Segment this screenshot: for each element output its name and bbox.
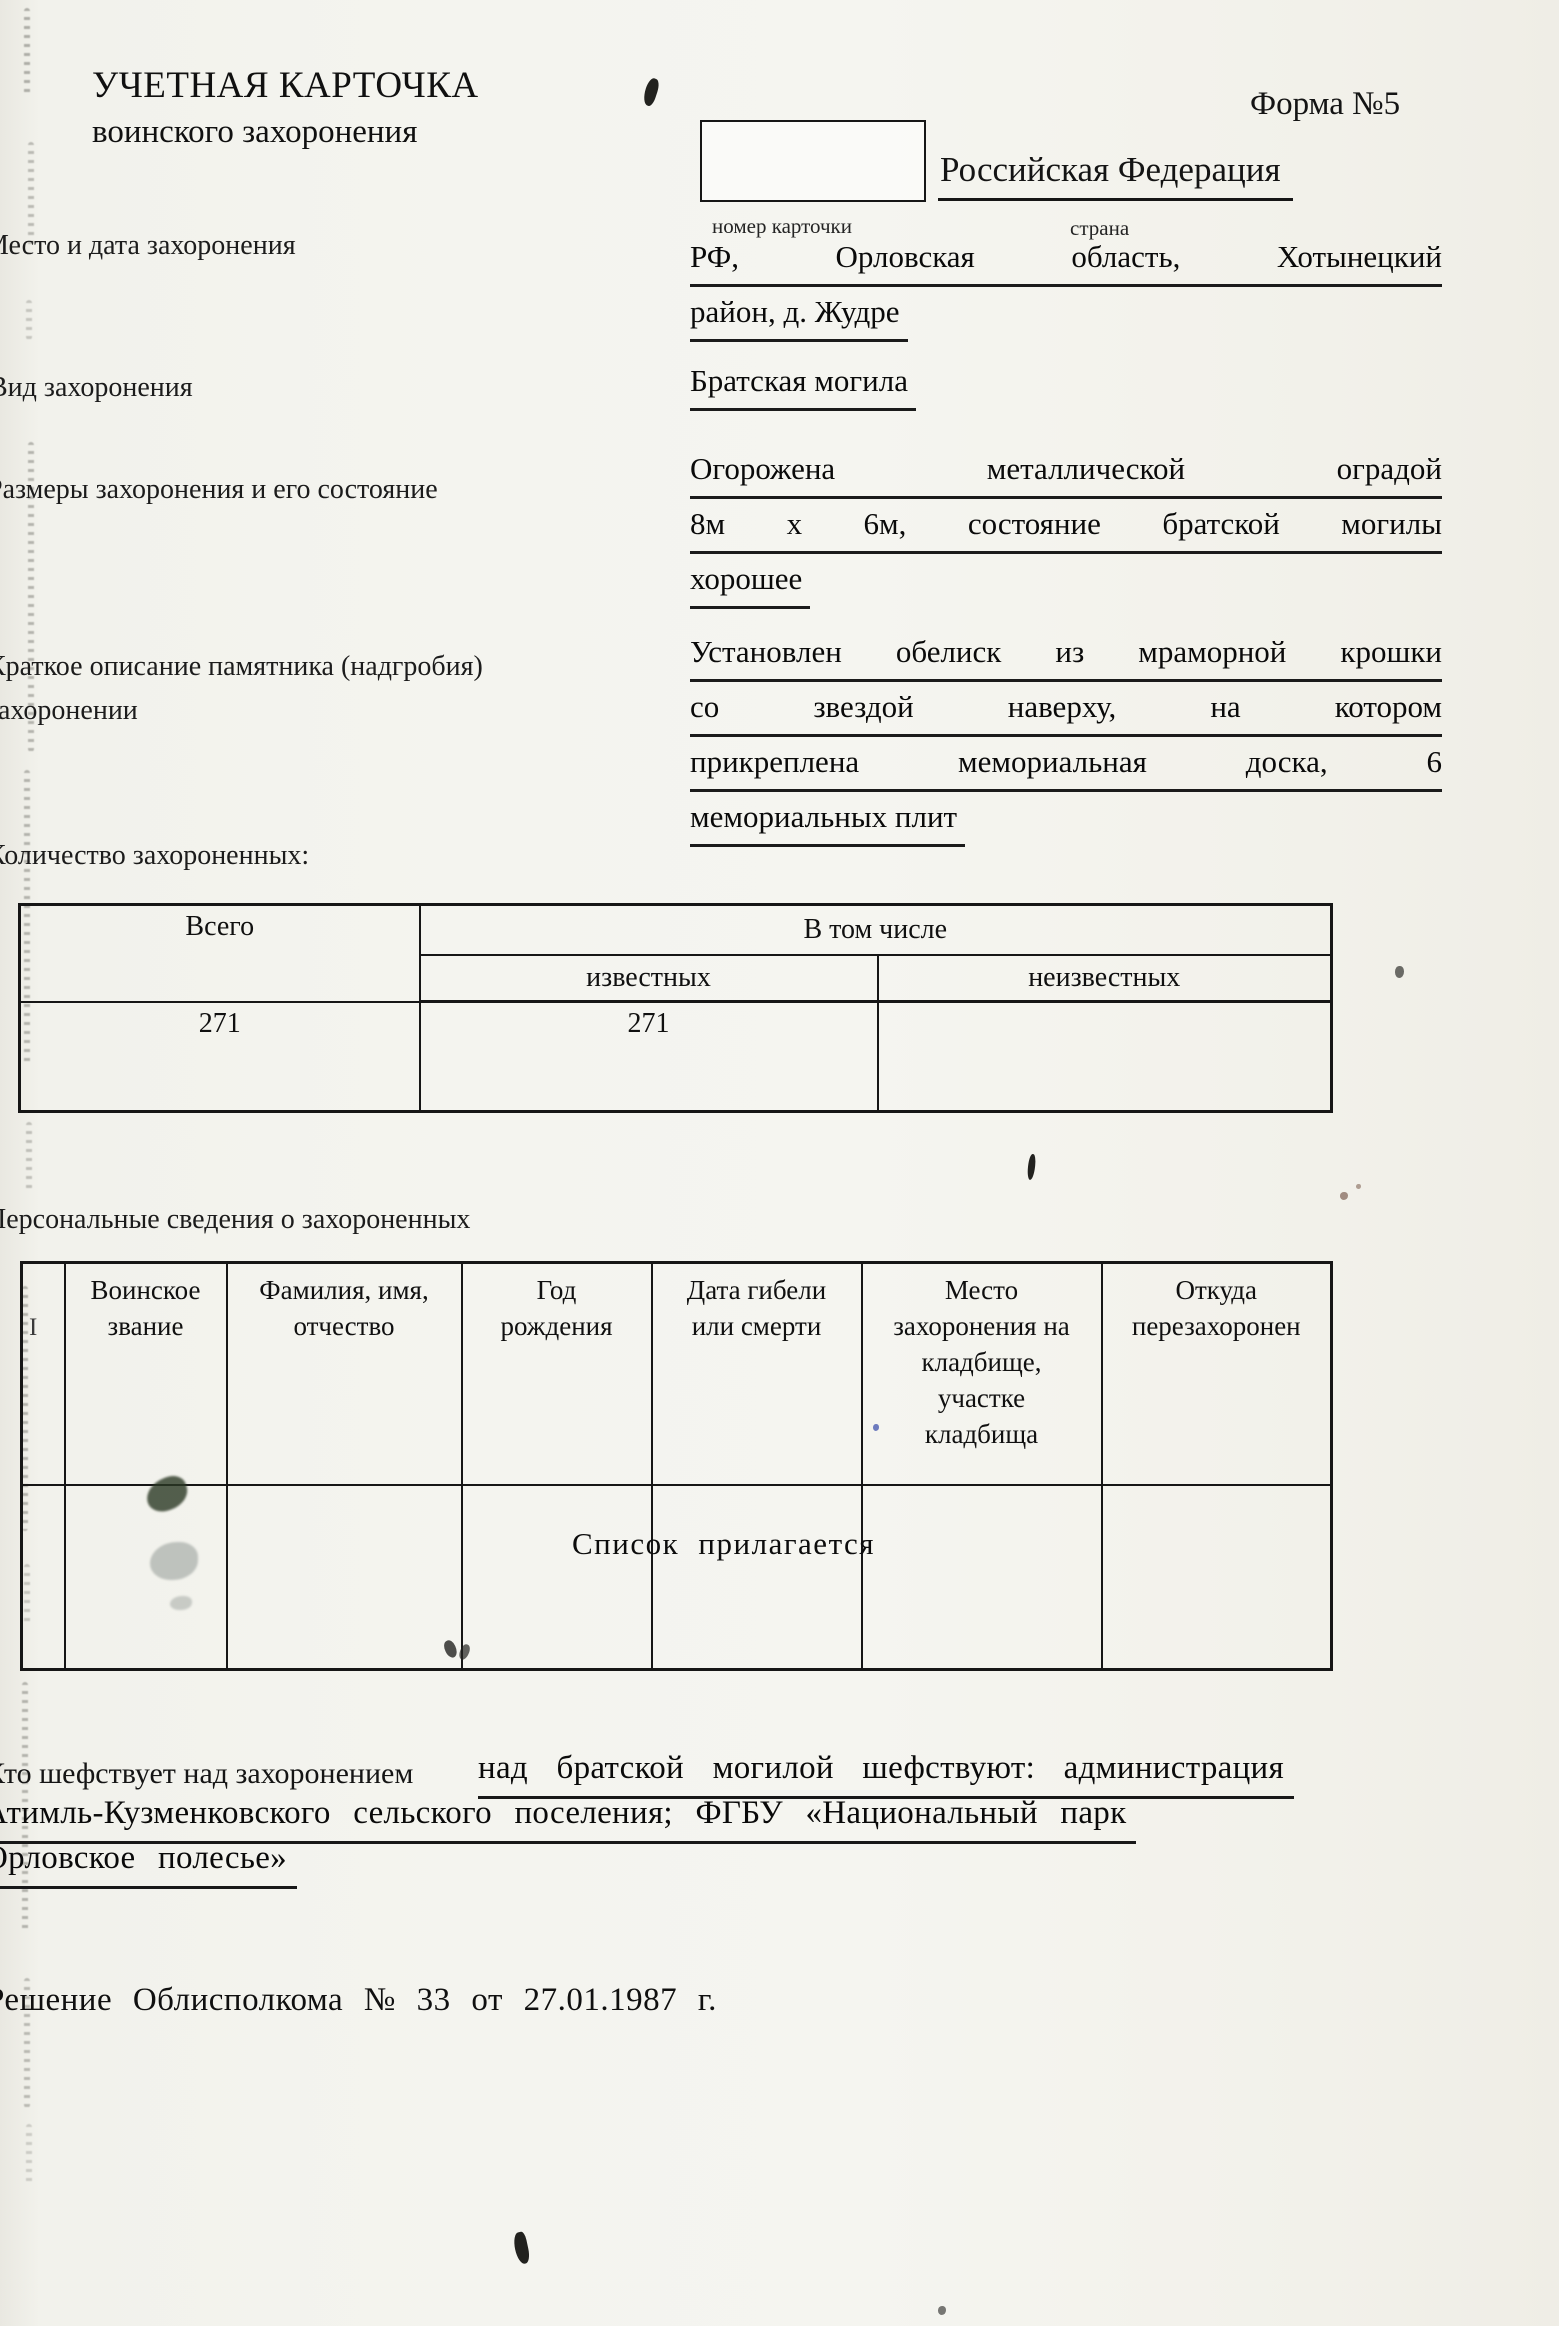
value-line: прикреплена мемориальная доска, 6 [690, 743, 1442, 792]
value-line: Огорожена металлической оградой [690, 450, 1442, 499]
field-label-size-condition: Размеры захоронения и его состояние [0, 468, 627, 512]
empty-cell [227, 1485, 462, 1670]
total-column-header: Всего [20, 905, 420, 1002]
decision-line: Решение Облисполкома № 33 от 27.01.1987 … [0, 1982, 717, 2019]
personal-info-table: I Воинское звание Фамилия, имя, отчество… [20, 1261, 1333, 1671]
empty-cell [462, 1485, 652, 1670]
card-number-box [700, 120, 926, 202]
scan-edge-artifact [24, 8, 30, 96]
including-column-header: В том числе [420, 905, 1332, 956]
section-label-burial-count: Количество захороненных: [0, 840, 309, 872]
ink-speck [1395, 966, 1404, 978]
value-line: Братская могила [690, 362, 1442, 411]
field-label-place-date: Место и дата захоронения [0, 224, 296, 268]
value-line: мемориальных плит [690, 798, 1442, 847]
empty-cell [862, 1485, 1102, 1670]
scan-edge-artifact [26, 2124, 32, 2184]
total-count-cell: 271 [20, 1002, 420, 1112]
value-line: район, д. Жудре [690, 293, 1442, 342]
list-attached-note: Список прилагается [572, 1526, 875, 1562]
value-line: хорошее [690, 560, 1442, 609]
rank-column-header: Воинское звание [65, 1263, 227, 1486]
ink-speck [641, 77, 661, 107]
empty-cell [1102, 1485, 1332, 1670]
field-value-monument-description: Установлен обелиск из мраморной крошки с… [690, 633, 1442, 847]
unknown-column-header: неизвестных [878, 955, 1332, 1002]
name-column-header: Фамилия, имя, отчество [227, 1263, 462, 1486]
document-subtitle: воинского захоронения [92, 114, 417, 151]
patronage-value-line: над братской могилой шефствуют: админист… [478, 1750, 1294, 1799]
field-value-size-condition: Огорожена металлической оградой 8м х 6м,… [690, 450, 1442, 609]
scan-edge-artifact [26, 300, 32, 340]
field-label-monument-description: Краткое описание памятника (надгробия) з… [0, 645, 607, 733]
scan-edge-artifact [26, 1122, 32, 1192]
empty-cell [652, 1485, 862, 1670]
value-line: со звездой наверху, на котором [690, 688, 1442, 737]
death-date-column-header: Дата гибели или смерти [652, 1263, 862, 1486]
index-column-header: I [22, 1263, 65, 1486]
value-line: Установлен обелиск из мраморной крошки [690, 633, 1442, 682]
ink-speck [938, 2306, 946, 2315]
section-label-personal-info: Персональные сведения о захороненных [0, 1204, 470, 1236]
value-line: 8м х 6м, состояние братской могилы [690, 505, 1442, 554]
burial-registration-card-scan: УЧЕТНАЯ КАРТОЧКА воинского захоронения Ф… [0, 0, 1559, 2326]
birth-year-column-header: Год рождения [462, 1263, 652, 1486]
reburied-from-column-header: Откуда перезахоронен [1102, 1263, 1332, 1486]
field-label-burial-type: Вид захоронения [0, 366, 193, 410]
ink-speck [1027, 1154, 1037, 1181]
burial-count-table: Всего В том числе известных неизвестных … [18, 903, 1333, 1113]
ink-speck [1340, 1192, 1348, 1200]
card-number-caption: номер карточки [712, 214, 852, 239]
field-value-place-date: РФ, Орловская область, Хотынецкий район,… [690, 238, 1442, 342]
known-count-cell: 271 [420, 1002, 878, 1112]
country-value: Российская Федерация [938, 150, 1293, 201]
empty-cell [65, 1485, 227, 1670]
value-line: РФ, Орловская область, Хотынецкий [690, 238, 1442, 287]
patronage-value-line: Орловское полесье» [0, 1840, 297, 1889]
form-number: Форма №5 [1250, 86, 1400, 123]
known-column-header: известных [420, 955, 878, 1002]
grave-location-column-header: Место захоронения на кладбище, участке к… [862, 1263, 1102, 1486]
document-title: УЧЕТНАЯ КАРТОЧКА [92, 64, 479, 107]
empty-cell [22, 1485, 65, 1670]
unknown-count-cell [878, 1002, 1332, 1112]
patronage-value-line: Атимль-Кузменковского сельского поселени… [0, 1795, 1136, 1844]
field-label-patronage: Кто шефствует над захоронением [0, 1757, 413, 1791]
field-value-burial-type: Братская могила [690, 362, 1442, 411]
ink-speck [1356, 1184, 1361, 1189]
ink-speck [512, 2231, 531, 2265]
